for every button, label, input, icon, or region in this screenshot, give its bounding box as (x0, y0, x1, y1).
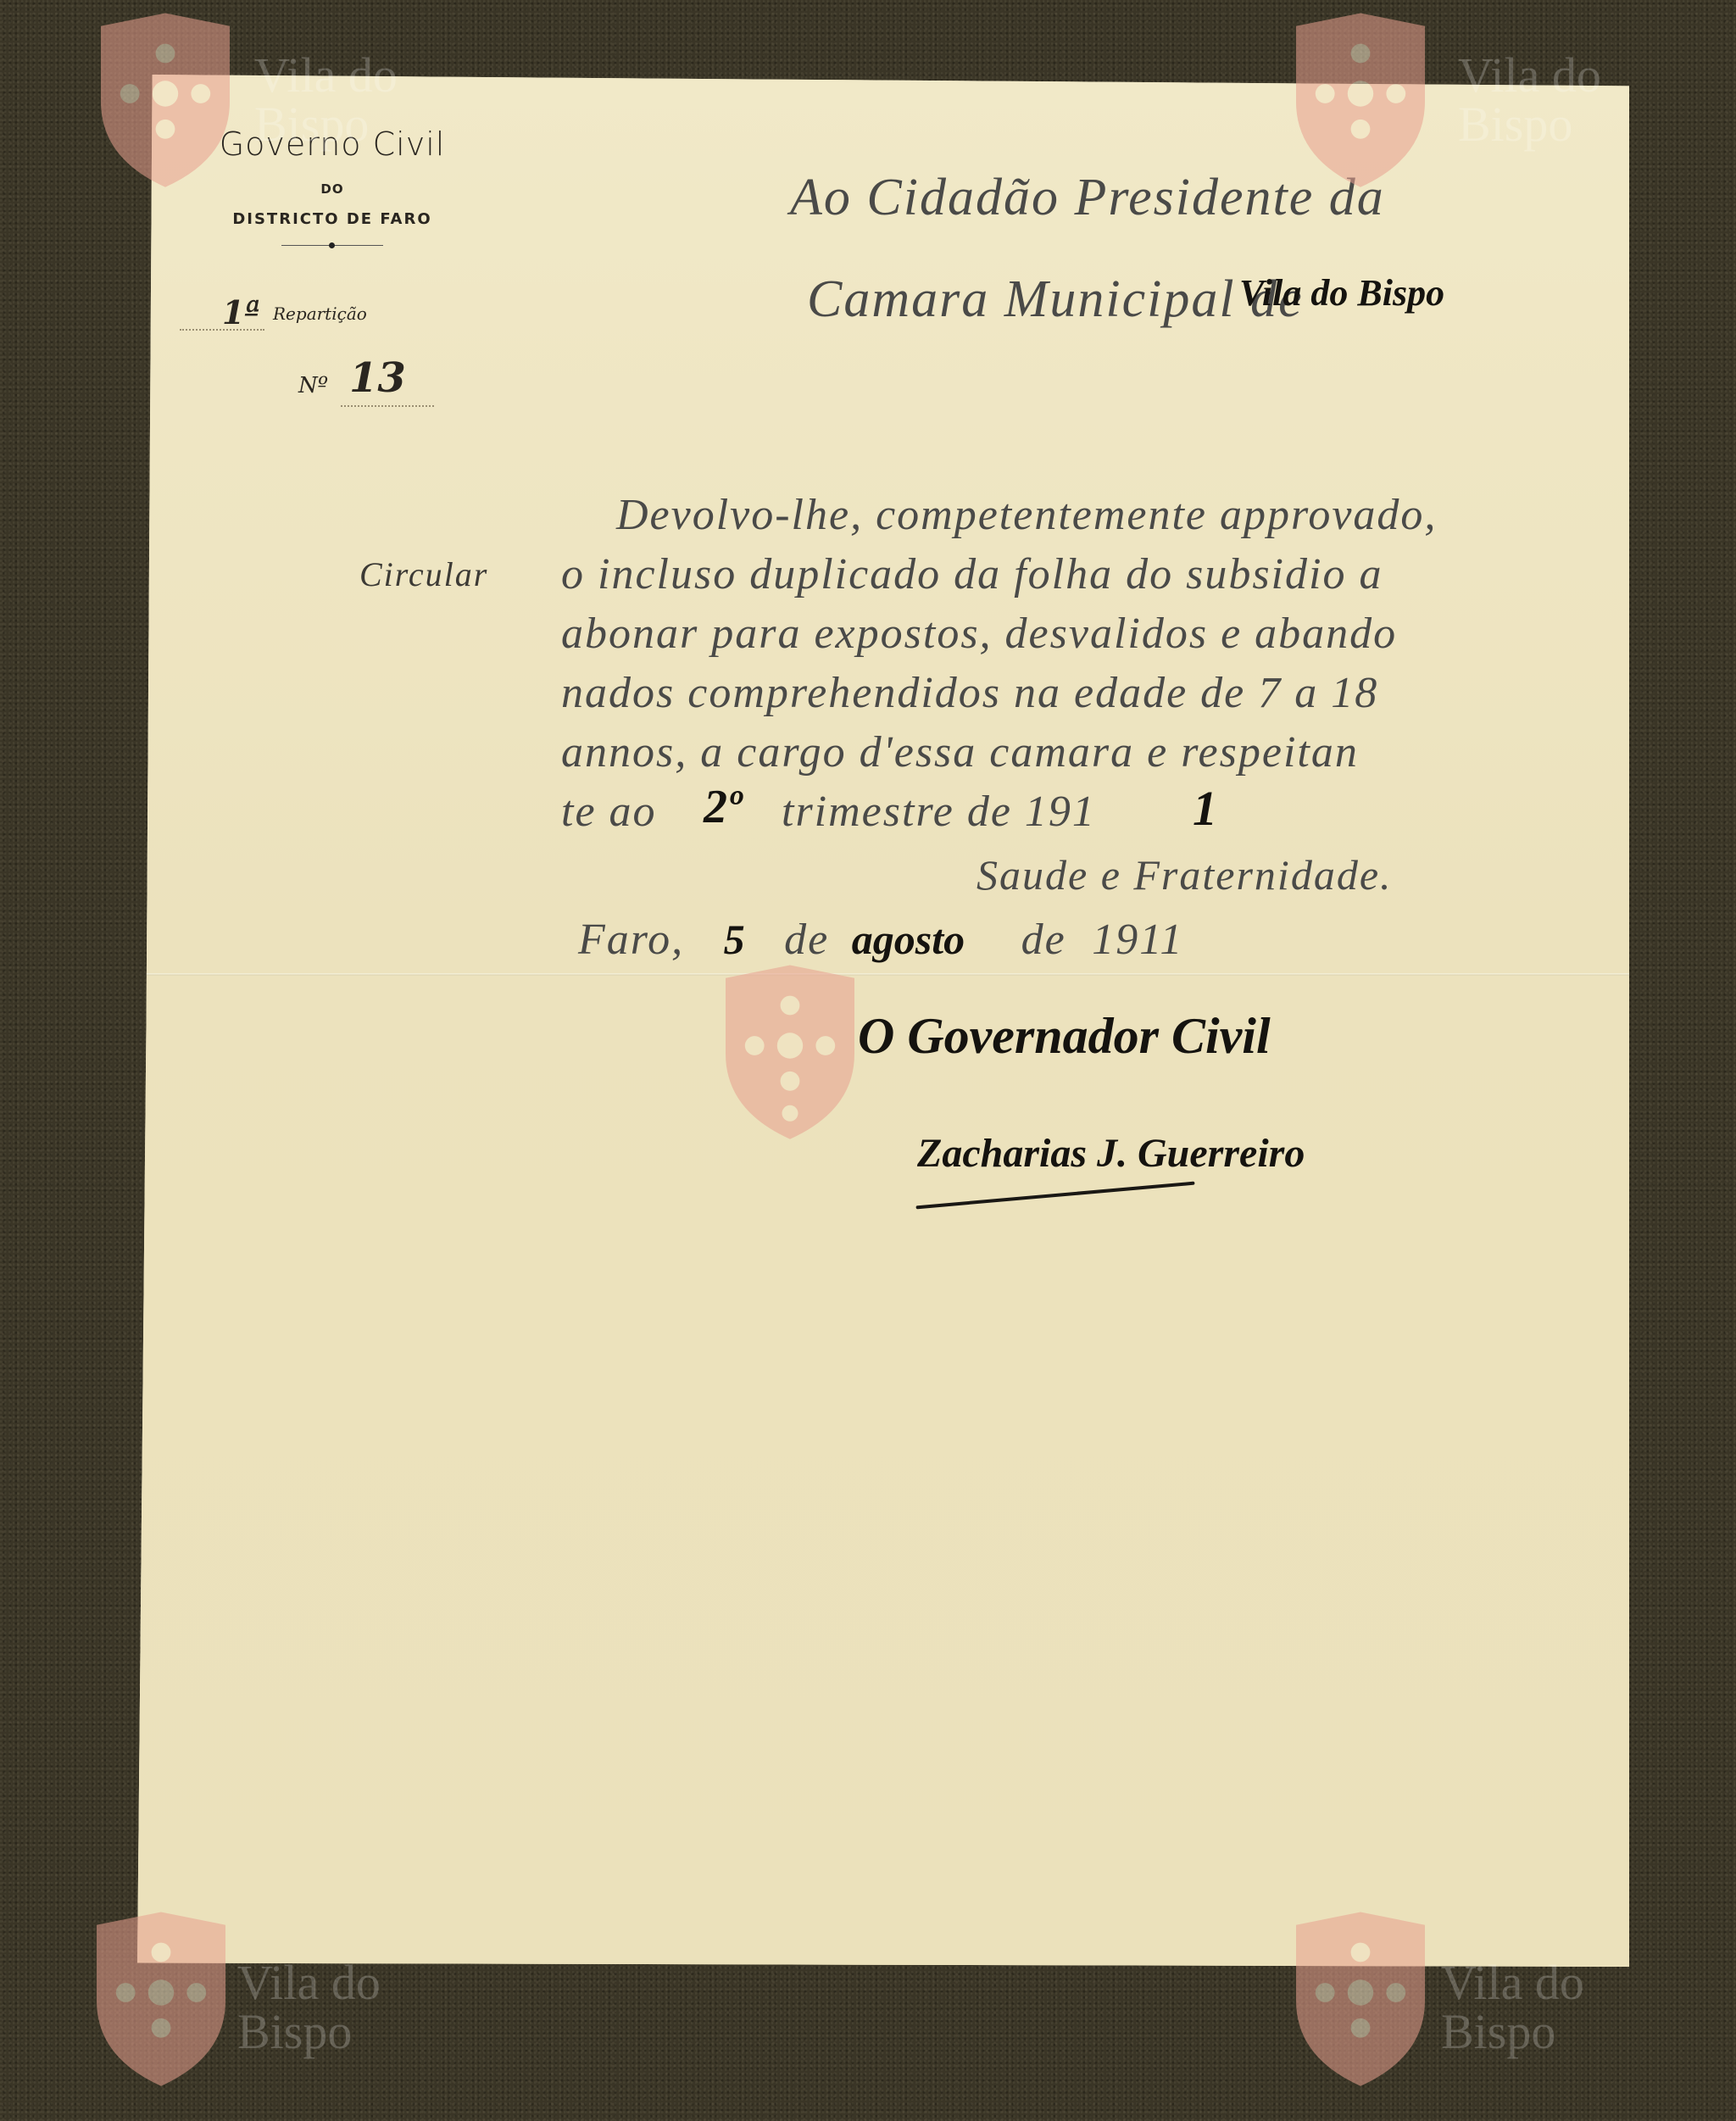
letter-paper: Governo Civil DO DISTRICTO DE FARO 1ª Re… (137, 75, 1629, 1967)
watermark-text: Vila doBispo (254, 51, 398, 149)
body-line: te ao (561, 787, 657, 837)
number-label: Nº (298, 373, 328, 398)
signature-flourish (915, 1182, 1194, 1210)
body-line: nados comprehendidos na edade de 7 a 18 (561, 668, 1378, 718)
body-line: trimestre de 191 (782, 787, 1096, 837)
margin-note: Circular (359, 554, 488, 594)
watermark-text: Vila doBispo (237, 1958, 381, 2057)
year-digit-handwritten: 1 (1193, 780, 1217, 837)
date-place: Faro, (578, 916, 684, 964)
watermark-text: Vila doBispo (1441, 1958, 1584, 2057)
body-line: annos, a cargo d'essa camara e respeitan (561, 727, 1359, 777)
date-de: de (784, 916, 829, 964)
department-label: Repartição (273, 303, 367, 324)
closing-salutation: Saude e Fraternidade. (976, 850, 1393, 899)
watermark-shield-icon (1280, 1912, 1441, 2090)
paper-fold-crease (137, 973, 1629, 976)
dotted-rule (341, 405, 434, 407)
department-number: 1ª (222, 293, 260, 331)
body-line: o incluso duplicado da folha do subsidio… (561, 549, 1383, 599)
watermark-shield-icon (709, 965, 871, 1143)
signature-title: O Governador Civil (858, 1007, 1271, 1066)
letterhead-district: DISTRICTO DE FARO (197, 210, 468, 228)
signature-name: Zacharias J. Guerreiro (917, 1130, 1305, 1177)
addressee-line-2: Camara Municipal de (807, 270, 1304, 330)
date-day: 5 (724, 916, 745, 963)
watermark-shield-icon (85, 13, 246, 191)
ornament-divider-icon (281, 245, 383, 246)
date-de: de (1021, 916, 1066, 964)
number-value: 13 (349, 354, 406, 402)
watermark-text: Vila doBispo (1458, 51, 1601, 149)
quarter-handwritten: 2º (704, 780, 742, 834)
addressee-place: Vila do Bispo (1239, 271, 1444, 315)
body-line: Devolvo-lhe, competentemente approvado, (616, 490, 1437, 540)
date-line: Faro, 5 de agosto de 1911 (578, 914, 1183, 965)
dotted-rule (180, 329, 264, 331)
watermark-shield-icon (1280, 13, 1441, 191)
date-month: agosto (852, 916, 965, 963)
date-year: 1911 (1092, 916, 1183, 964)
body-line: abonar para expostos, desvalidos e aband… (561, 609, 1397, 659)
watermark-shield-icon (81, 1912, 242, 2090)
